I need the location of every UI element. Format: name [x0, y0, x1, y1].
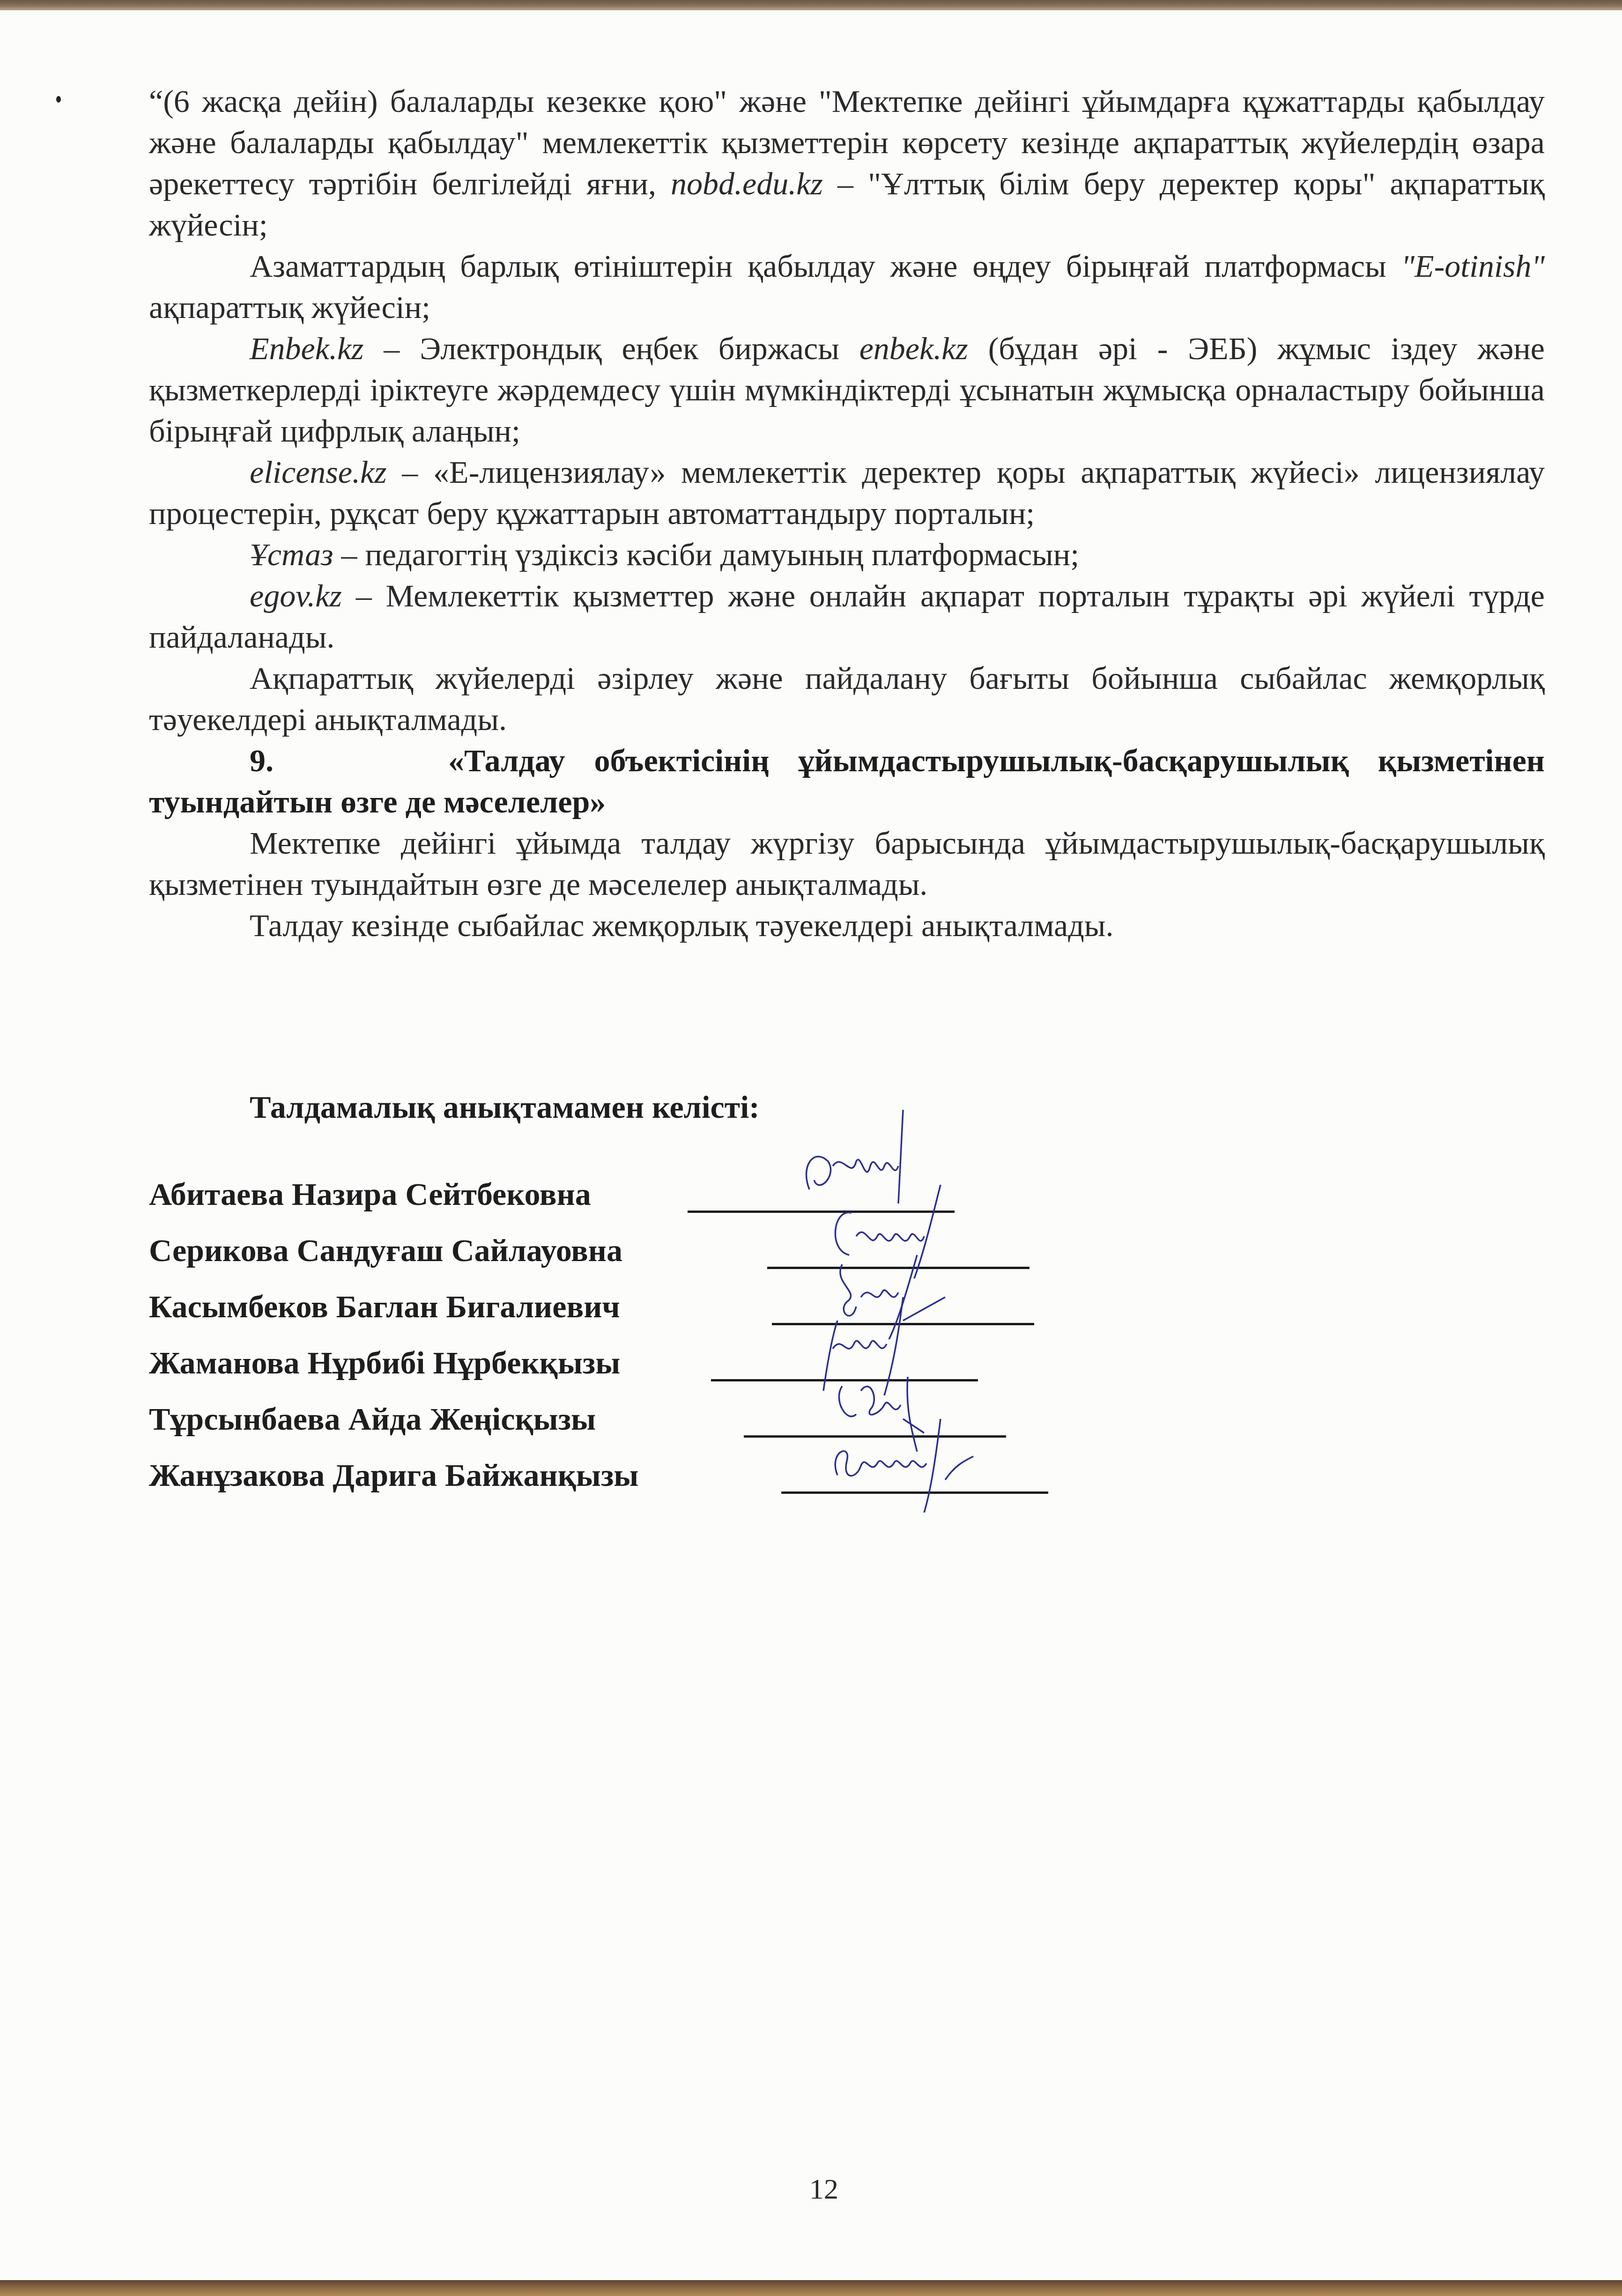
scan-speck — [56, 96, 61, 103]
text-run: – педагогтің үздіксіз кәсіби дамуының пл… — [333, 537, 1079, 572]
text-run: Азаматтардың барлық өтініштерін қабылдау… — [250, 248, 1401, 284]
paragraph-information-systems: “(6 жасқа дейін) балаларды кезекке қою" … — [149, 81, 1545, 245]
signatory-name: Тұрсынбаева Айда Жеңісқызы — [149, 1401, 596, 1438]
signatory-name: Касымбеков Баглан Бигалиевич — [149, 1288, 620, 1325]
section-title: «Талдау объектісінің ұйымдастырушылық-ба… — [149, 743, 1545, 819]
text-run: Ақпараттық жүйелерді әзірлеу және пайдал… — [149, 660, 1545, 737]
paragraph-ustaz: Ұстаз – педагогтің үздіксіз кәсіби дамуы… — [149, 534, 1545, 575]
link-text-enbek-lower: enbek.kz — [859, 331, 968, 366]
signatory-name: Жаманова Нұрбибі Нұрбекқызы — [149, 1344, 620, 1381]
handwritten-signature-icon — [823, 1410, 992, 1513]
paragraph-e-otinish: Азаматтардың барлық өтініштерін қабылдау… — [149, 245, 1545, 328]
scan-edge-top — [0, 0, 1622, 10]
link-text-egov: egov.kz — [250, 578, 342, 613]
signatory-name: Серикова Сандуғаш Сайлауовна — [149, 1232, 622, 1269]
signature-block: Талдамалық анықтамамен келісті: Абитаева… — [149, 1086, 1086, 1128]
signatory-name: Жанұзакова Дарига Байжанқызы — [149, 1457, 638, 1494]
section-number: 9. — [250, 743, 274, 778]
signatory-name: Абитаева Назира Сейтбековна — [149, 1176, 591, 1213]
link-text-ustaz: Ұстаз — [250, 537, 333, 572]
link-text-nobd: nobd.edu.kz — [671, 166, 823, 201]
paragraph-elicense: elicense.kz – «Е-лицензиялау» мемлекетті… — [149, 451, 1545, 534]
text-run: Талдау кезінде сыбайлас жемқорлық тәуеке… — [250, 908, 1114, 943]
document-body: “(6 жасқа дейін) балаларды кезекке қою" … — [149, 81, 1545, 946]
paragraph-risks-not-found: Ақпараттық жүйелерді әзірлеу және пайдал… — [149, 657, 1545, 740]
text-run: – Электрондық еңбек биржасы — [364, 331, 859, 366]
paragraph-enbek: Enbek.kz – Электрондық еңбек биржасы enb… — [149, 328, 1545, 451]
scan-edge-bottom — [0, 2280, 1622, 2296]
page-number: 12 — [809, 2173, 838, 2206]
text-run: – Мемлекеттік қызметтер және онлайн ақпа… — [149, 578, 1545, 655]
paragraph-section9-conclusion: Талдау кезінде сыбайлас жемқорлық тәуеке… — [149, 905, 1545, 946]
link-text-e-otinish: "E-otinish" — [1401, 248, 1545, 284]
paragraph-egov: egov.kz – Мемлекеттік қызметтер және онл… — [149, 575, 1545, 657]
paragraph-section9-body: Мектепке дейінгі ұйымда талдау жүргізу б… — [149, 822, 1545, 905]
text-run: Мектепке дейінгі ұйымда талдау жүргізу б… — [149, 825, 1545, 902]
link-text-elicense: elicense.kz — [250, 454, 387, 490]
agreement-title: Талдамалық анықтамамен келісті: — [250, 1086, 1086, 1128]
link-text-enbek: Enbek.kz — [250, 331, 364, 366]
text-run: ақпараттық жүйесін; — [149, 289, 430, 325]
signatory-row: Жанұзакова Дарига Байжанқызы — [149, 1438, 1086, 1508]
section-heading-9: 9. «Талдау объектісінің ұйымдастырушылық… — [149, 740, 1545, 822]
